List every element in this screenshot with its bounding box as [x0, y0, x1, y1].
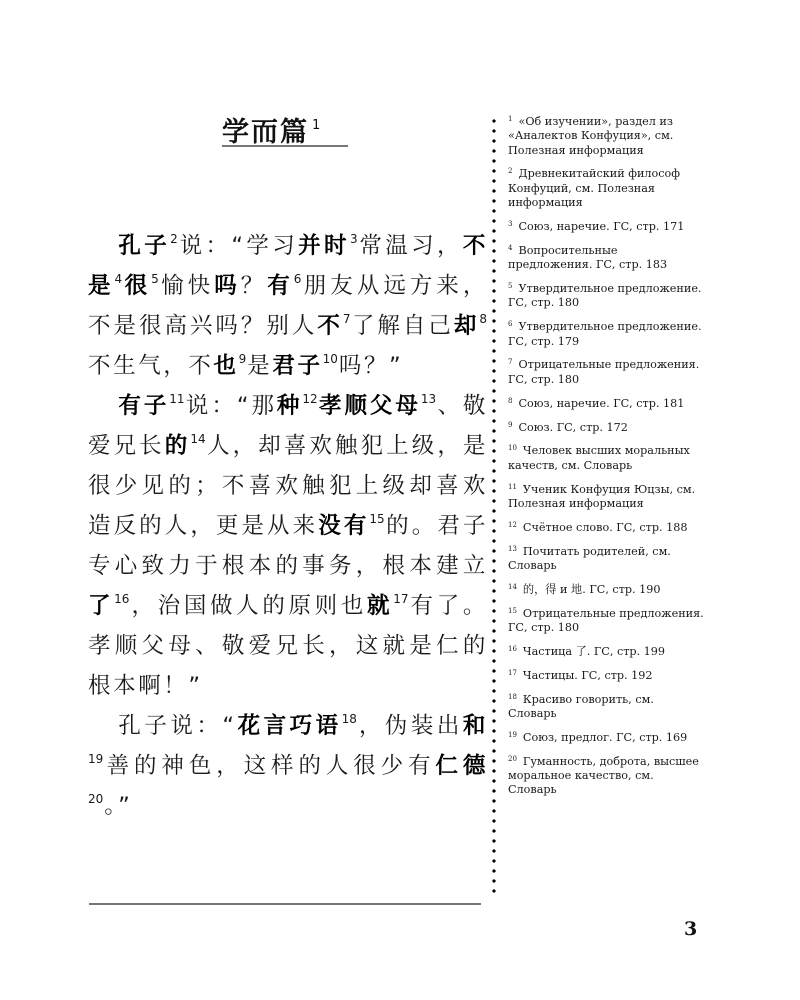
footnote-number: 16	[508, 645, 517, 653]
bold-term: 有子	[118, 393, 169, 419]
footnote-number: 9	[508, 421, 512, 429]
bold-term: 种	[277, 393, 302, 419]
bold-term: 就	[367, 593, 393, 619]
footnote-marker: 11	[169, 392, 184, 406]
footnote-text: Отрицательные предложения. ГС, стр. 180	[508, 607, 704, 634]
footnote-number: 15	[508, 607, 517, 615]
footnote-text: Отрицательные предложения. ГС, стр. 180	[508, 358, 699, 385]
footnote-text: Частица 了. ГС, стр. 199	[523, 645, 665, 658]
footnote-number: 4	[508, 244, 512, 252]
dotted-separator	[492, 116, 496, 896]
footnote-item: 9Союз. ГС, стр. 172	[508, 418, 704, 435]
footnote-number: 14	[508, 583, 517, 591]
footnote-item: 14的，得 и 地. ГС, стр. 190	[508, 580, 704, 597]
footnote-marker: 13	[421, 392, 436, 406]
footnote-marker: 18	[342, 712, 357, 726]
bold-term: 吗	[214, 273, 241, 299]
footnote-marker: 17	[393, 592, 408, 606]
footnote-number: 10	[508, 444, 517, 452]
footnote-marker: 4	[115, 272, 123, 286]
footnote-marker: 20	[88, 792, 103, 806]
footnote-marker: 7	[343, 312, 351, 326]
bold-term: 了	[88, 593, 114, 619]
text-run: 吗？”	[339, 353, 403, 379]
footnote-item: 3Союз, наречие. ГС, стр. 171	[508, 217, 704, 234]
footnote-number: 20	[508, 755, 517, 763]
footnote-marker: 2	[170, 232, 178, 246]
text-run: ，治国做人的原则也	[130, 593, 367, 619]
footnote-text: Утвердительное предложение. ГС, стр. 180	[508, 282, 702, 309]
bold-term: 也	[214, 353, 239, 379]
footnote-item: 5Утвердительное предложение. ГС, стр. 18…	[508, 279, 704, 311]
bold-term: 的	[165, 433, 191, 459]
footnote-number: 17	[508, 669, 517, 677]
footnote-text: Вопросительные предложения. ГС, стр. 183	[508, 244, 667, 271]
footnote-number: 11	[508, 483, 517, 491]
text-run: ，伪装出	[358, 713, 463, 739]
bold-term: 仁德	[436, 753, 489, 779]
footnote-text: Древнекитайский философ Конфуций, см. По…	[508, 167, 680, 209]
footnote-marker: 8	[479, 312, 487, 326]
paragraph: 孔子2说：“学习并时3常温习，不是4很5愉快吗？有6朋友从远方来，不是很高兴吗？…	[88, 226, 488, 386]
footnote-marker: 14	[190, 432, 205, 446]
page-number: 3	[684, 918, 697, 940]
footnote-number: 6	[508, 320, 512, 328]
bold-term: 没有	[318, 513, 369, 539]
footnote-text: Утвердительное предложение. ГС, стр. 179	[508, 320, 702, 347]
footnote-item: 2Древнекитайский философ Конфуций, см. П…	[508, 164, 704, 210]
footnote-item: 18Красиво говорить, см. Словарь	[508, 690, 704, 722]
footnote-number: 7	[508, 358, 512, 366]
bold-term: 孝顺父母	[319, 393, 421, 419]
footnote-number: 19	[508, 731, 517, 739]
footnote-number: 1	[508, 115, 512, 123]
footnote-item: 12Счётное слово. ГС, стр. 188	[508, 518, 704, 535]
bold-term: 和	[463, 713, 488, 739]
text-run: 。”	[104, 793, 132, 819]
footnote-item: 11Ученик Конфуция Юцзы, см. Полезная инф…	[508, 480, 704, 512]
text-run: 了解自己	[352, 313, 454, 339]
footnote-item: 17Частицы. ГС, стр. 192	[508, 666, 704, 683]
footnote-item: 20Гуманность, доброта, высшее моральное …	[508, 752, 704, 798]
footnote-text: Частицы. ГС, стр. 192	[523, 669, 653, 682]
footnote-number: 12	[508, 521, 517, 529]
footnote-text: Союз, наречие. ГС, стр. 171	[518, 220, 684, 233]
text-run: 说：“学习	[179, 233, 298, 259]
footnote-number: 2	[508, 167, 512, 175]
footnote-item: 7Отрицательные предложения. ГС, стр. 180	[508, 355, 704, 387]
footnote-text: 的，得 и 地. ГС, стр. 190	[523, 583, 661, 596]
footnote-number: 5	[508, 282, 512, 290]
chapter-title-text: 学而篇	[222, 117, 309, 148]
footnote-text: «Об изучении», раздел из «Аналектов Конф…	[508, 115, 673, 157]
bold-term: 有	[267, 273, 294, 299]
footnote-item: 6Утвердительное предложение. ГС, стр. 17…	[508, 317, 704, 349]
chapter-title-block: 学而篇1	[222, 108, 348, 151]
bold-term: 花言巧语	[237, 713, 342, 739]
text-run: 愉快	[160, 273, 214, 299]
text-run: 是	[247, 353, 272, 379]
footnote-marker: 6	[294, 272, 302, 286]
text-run: 常温习，	[359, 233, 463, 259]
footnote-marker: 16	[114, 592, 129, 606]
footnote-marker: 9	[239, 352, 247, 366]
footnote-item: 4Вопросительные предложения. ГС, стр. 18…	[508, 241, 704, 273]
bold-term: 君子	[272, 353, 322, 379]
footnote-text: Почитать родителей, см. Словарь	[508, 545, 671, 572]
title-underline	[222, 145, 348, 147]
book-page: 学而篇1 孔子2说：“学习并时3常温习，不是4很5愉快吗？有6朋友从远方来，不是…	[0, 0, 800, 1000]
bold-term: 并时	[298, 233, 350, 259]
footnote-marker: 5	[151, 272, 159, 286]
text-bottom-rule	[89, 903, 481, 905]
footnote-number: 3	[508, 220, 512, 228]
footnote-item: 15Отрицательные предложения. ГС, стр. 18…	[508, 604, 704, 636]
bold-term: 很	[123, 273, 151, 299]
footnote-item: 1«Об изучении», раздел из «Аналектов Кон…	[508, 112, 704, 158]
bold-term: 不	[317, 313, 343, 339]
text-run: 说：“那	[186, 393, 277, 419]
footnote-text: Гуманность, доброта, высшее моральное ка…	[508, 755, 699, 797]
text-run: 不生气，不	[88, 353, 214, 379]
footnote-marker: 10	[323, 352, 338, 366]
footnote-text: Красиво говорить, см. Словарь	[508, 693, 654, 720]
footnotes-column: 1«Об изучении», раздел из «Аналектов Кон…	[508, 112, 704, 804]
footnote-item: 19Союз, предлог. ГС, стр. 169	[508, 728, 704, 745]
footnote-marker: 19	[88, 752, 103, 766]
footnote-text: Союз. ГС, стр. 172	[518, 421, 627, 434]
text-run: 孔子说：“	[118, 713, 236, 739]
main-text: 孔子2说：“学习并时3常温习，不是4很5愉快吗？有6朋友从远方来，不是很高兴吗？…	[88, 226, 488, 826]
footnote-item: 8Союз, наречие. ГС, стр. 181	[508, 394, 704, 411]
footnote-item: 16Частица 了. ГС, стр. 199	[508, 642, 704, 659]
footnote-number: 8	[508, 397, 512, 405]
footnote-text: Человек высших моральных качеств, см. Сл…	[508, 444, 690, 471]
text-run: ？	[241, 273, 268, 299]
footnote-number: 18	[508, 693, 517, 701]
footnote-text: Союз, предлог. ГС, стр. 169	[523, 731, 687, 744]
footnote-marker: 12	[302, 392, 317, 406]
footnote-marker: 15	[369, 512, 384, 526]
footnote-text: Союз, наречие. ГС, стр. 181	[518, 397, 684, 410]
footnote-text: Счётное слово. ГС, стр. 188	[523, 521, 688, 534]
footnote-marker: 3	[350, 232, 358, 246]
text-run: 善的神色，这样的人很少有	[104, 753, 435, 779]
bold-term: 孔子	[118, 233, 170, 259]
footnote-marker: 1	[312, 118, 322, 133]
footnote-number: 13	[508, 545, 517, 553]
paragraph: 有子11说：“那种12孝顺父母13、敬爱兄长的14人，却喜欢触犯上级，是很少见的…	[88, 386, 488, 706]
footnote-text: Ученик Конфуция Юцзы, см. Полезная инфор…	[508, 483, 695, 510]
footnote-item: 13Почитать родителей, см. Словарь	[508, 542, 704, 574]
bold-term: 却	[454, 313, 480, 339]
footnote-item: 10Человек высших моральных качеств, см. …	[508, 441, 704, 473]
paragraph: 孔子说：“花言巧语18，伪装出和19善的神色，这样的人很少有仁德20。”	[88, 706, 488, 826]
